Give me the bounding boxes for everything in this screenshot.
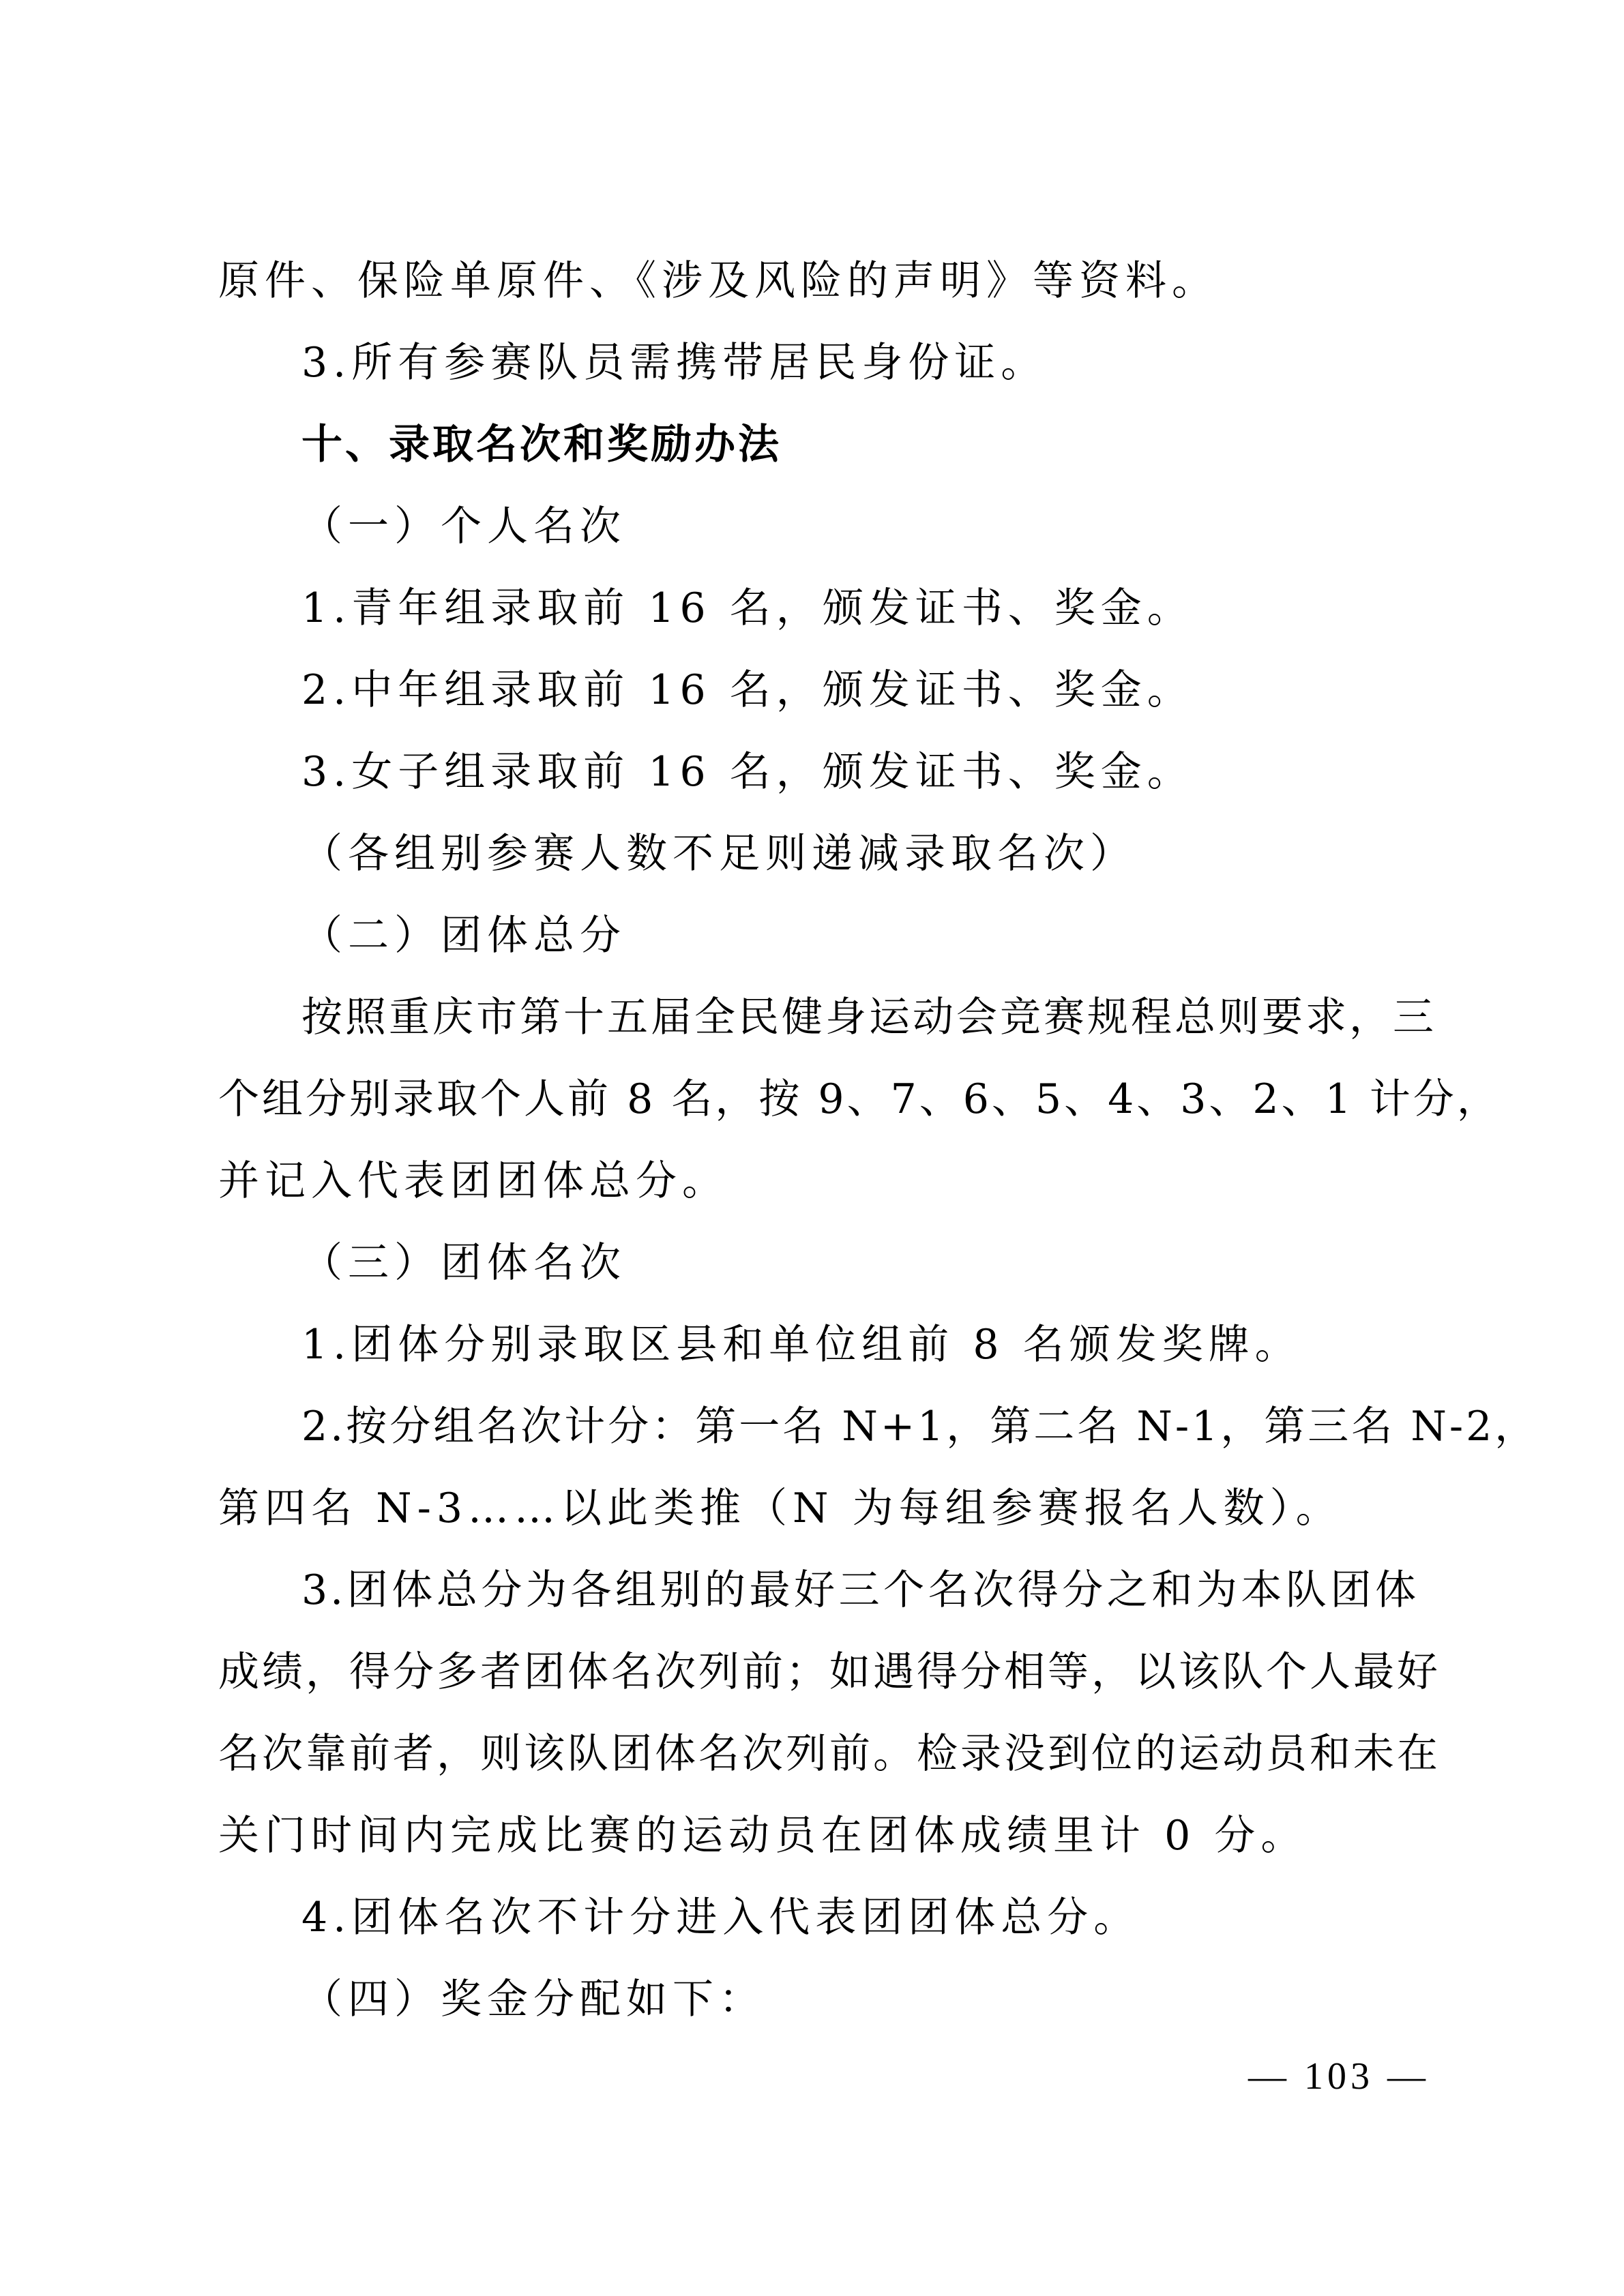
list-item-no-score: 4.团体名次不计分进入代表团团体总分。	[301, 1890, 1140, 1945]
subsection-heading-team-rank: （三）团体名次	[301, 1236, 626, 1290]
note-reduction: （各组别参赛人数不足则递减录取名次）	[301, 826, 1136, 881]
list-item-scoring: 2.按分组名次计分：第一名 N+1，第二名 N-1，第三名 N-2，	[301, 1399, 1419, 1454]
subsection-heading-team-total: （二）团体总分	[301, 908, 626, 963]
paragraph-line: 个组分别录取个人前 8 名，按 9、7、6、5、4、3、2、1 计分，	[218, 1072, 1419, 1127]
list-item-youth: 1.青年组录取前 16 名，颁发证书、奖金。	[301, 581, 1194, 636]
paragraph-line: 第四名 N-3……以此类推（N 为每组参赛报名人数）。	[218, 1481, 1342, 1536]
paragraph-line: 成绩，得分多者团体名次列前；如遇得分相等，以该队个人最好	[218, 1645, 1419, 1699]
paragraph-line: 名次靠前者，则该队团体名次列前。检录没到位的运动员和未在	[218, 1727, 1419, 1781]
document-page: 原件、保险单原件、《涉及风险的声明》等资料。 3.所有参赛队员需携带居民身份证。…	[0, 0, 1624, 2296]
list-item-medals: 1.团体分别录取区县和单位组前 8 名颁发奖牌。	[301, 1317, 1301, 1372]
paragraph-line: 关门时间内完成比赛的运动员在团体成绩里计 0 分。	[218, 1808, 1307, 1863]
subsection-heading-individual: （一）个人名次	[301, 499, 626, 554]
list-item-women: 3.女子组录取前 16 名，颁发证书、奖金。	[301, 745, 1194, 799]
paragraph-continuation: 原件、保险单原件、《涉及风险的声明》等资料。	[218, 254, 1218, 308]
paragraph-line: 并记入代表团团体总分。	[218, 1154, 728, 1208]
list-item-middle-age: 2.中年组录取前 16 名，颁发证书、奖金。	[301, 663, 1194, 717]
section-heading: 十、录取名次和奖励办法	[301, 417, 782, 472]
paragraph-line: 按照重庆市第十五届全民健身运动会竞赛规程总则要求，三	[301, 990, 1419, 1045]
subsection-heading-prize: （四）奖金分配如下：	[301, 1972, 765, 2027]
list-item-team-total: 3.团体总分为各组别的最好三个名次得分之和为本队团体	[301, 1563, 1419, 1617]
list-item-id-card: 3.所有参赛队员需携带居民身份证。	[301, 336, 1047, 390]
page-number: — 103 —	[1248, 2053, 1430, 2100]
